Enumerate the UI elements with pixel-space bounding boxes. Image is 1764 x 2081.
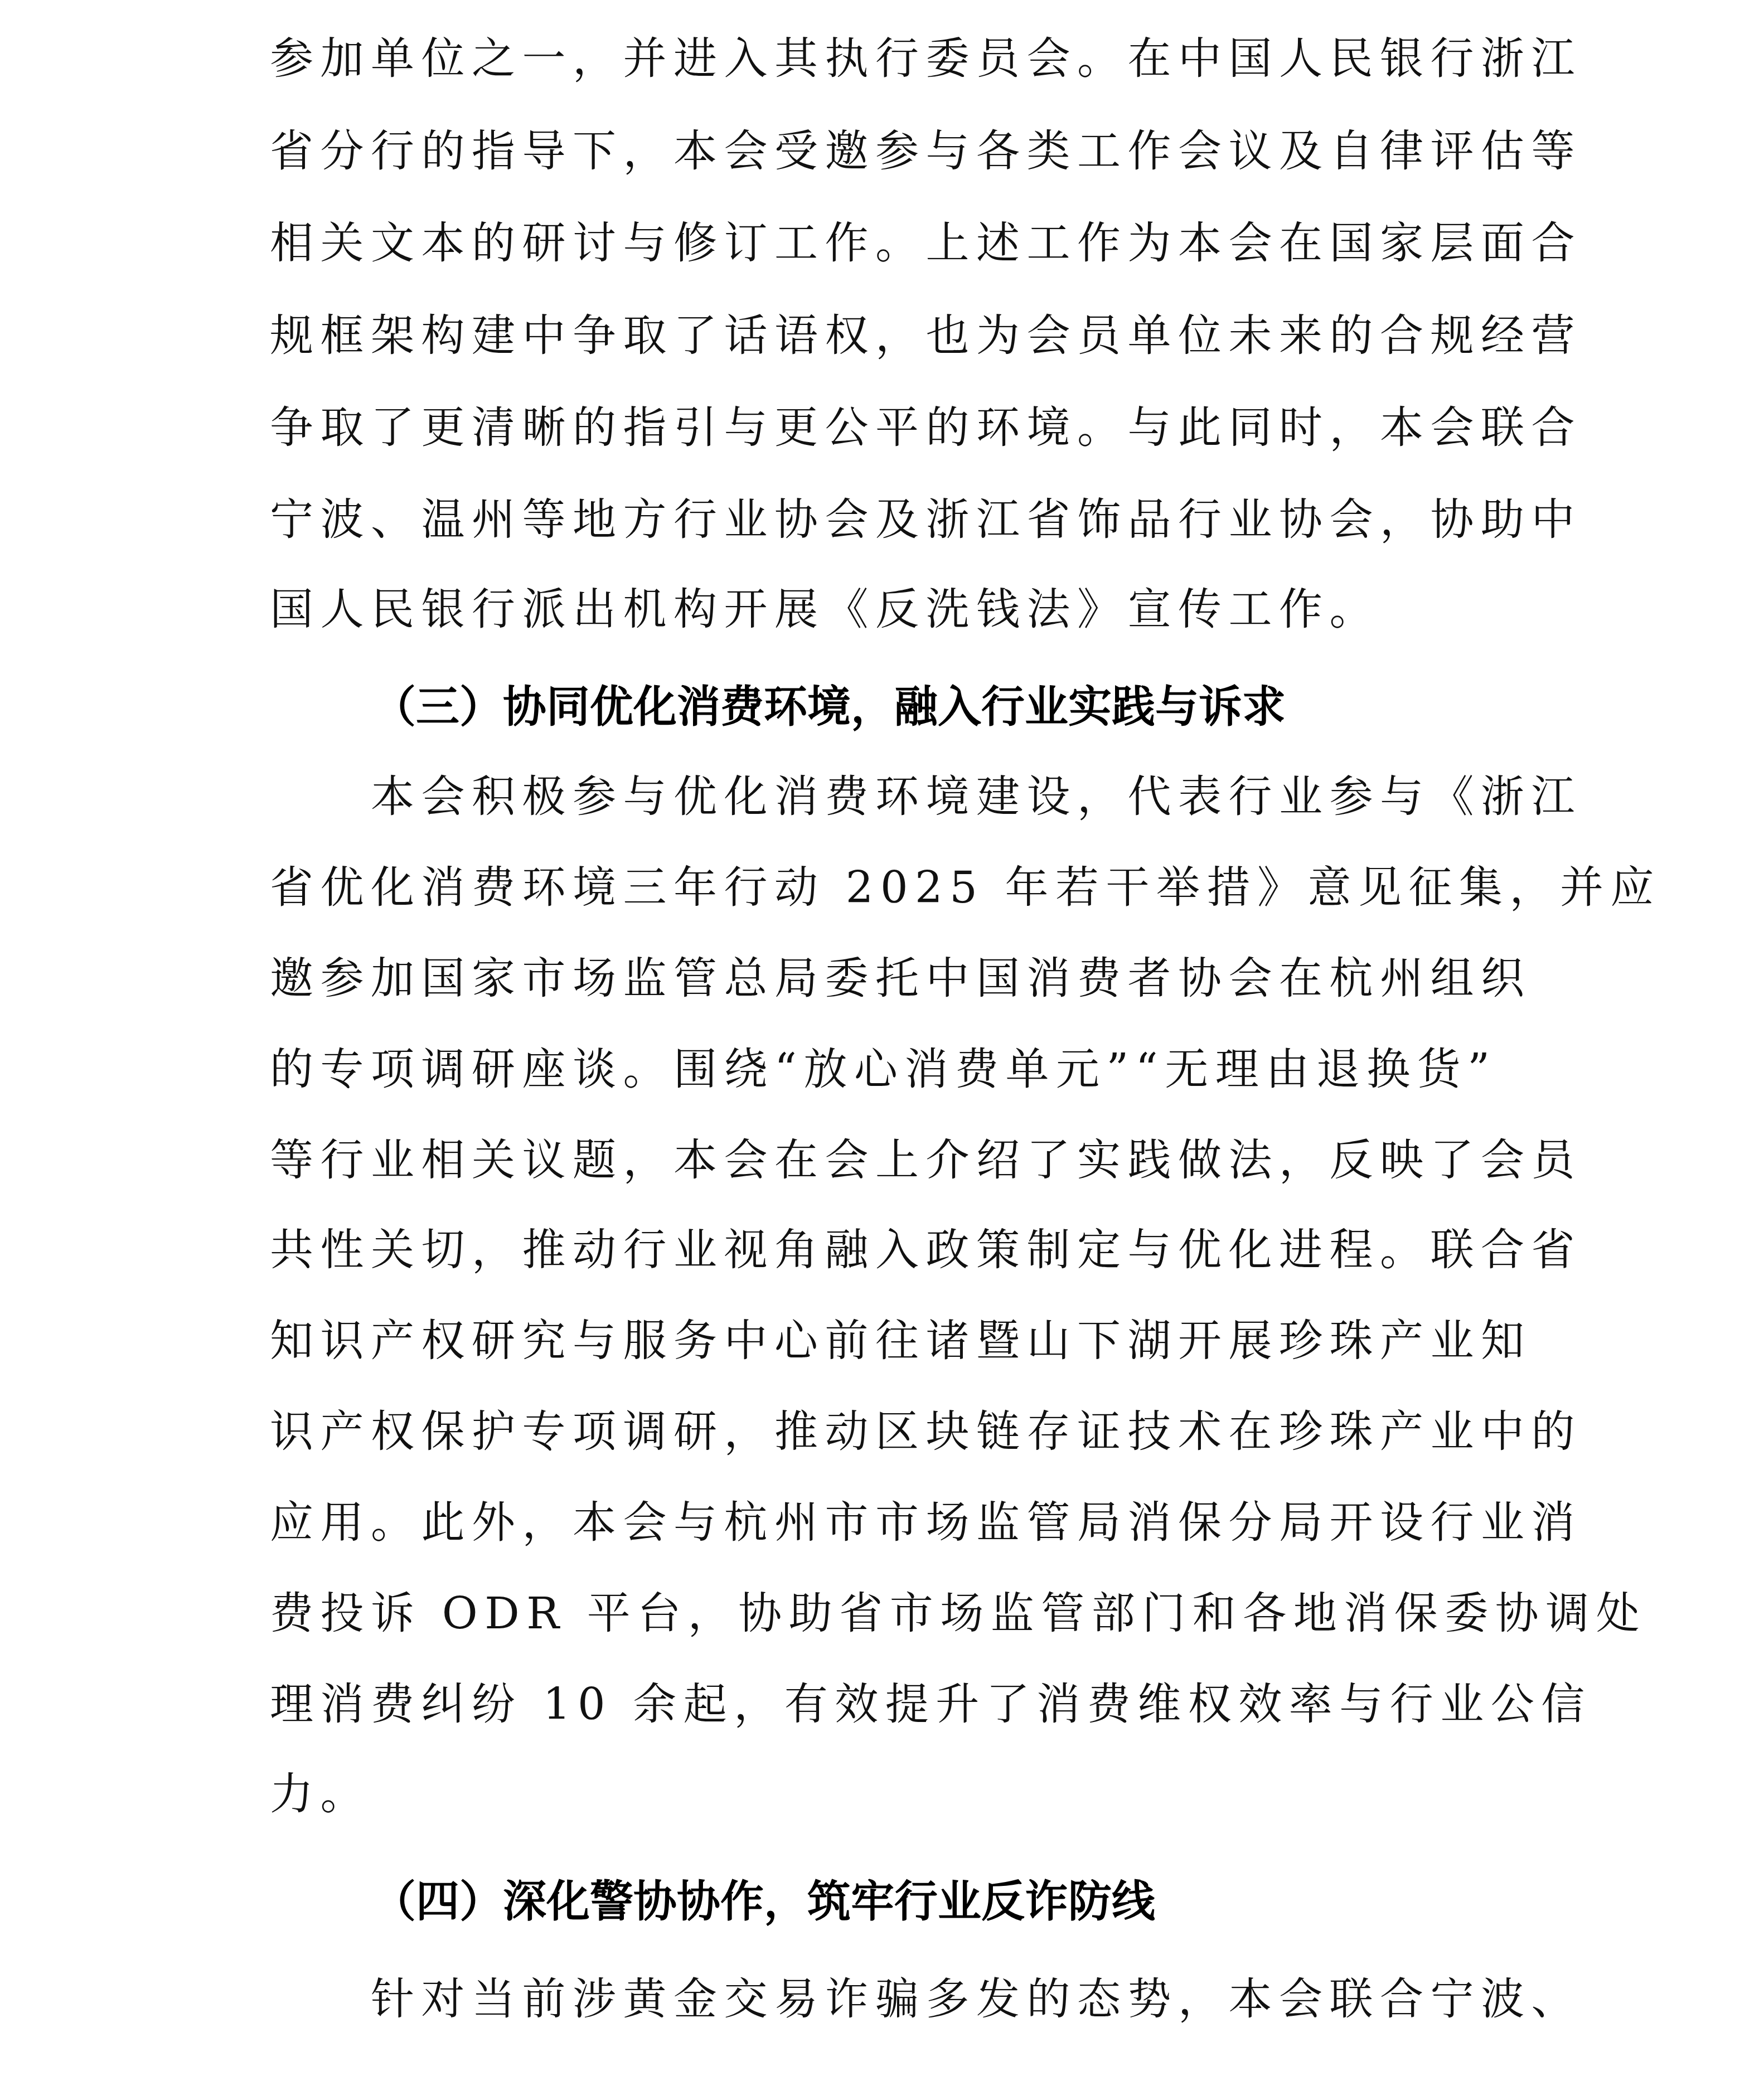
paragraph-line: 共性关切，推动行业视角融入政策制定与优化进程。联合省 — [270, 1205, 1491, 1296]
paragraph-line: 等行业相关议题，本会在会上介绍了实践做法，反映了会员 — [270, 1115, 1491, 1206]
document-page: 参加单位之一，并进入其执行委员会。在中国人民银行浙江 省分行的指导下，本会受邀参… — [0, 0, 1764, 2081]
paragraph-line: 邀参加国家市场监管总局委托中国消费者协会在杭州组织 — [270, 934, 1491, 1024]
paragraph-line: 规框架构建中争取了话语权，也为会员单位未来的合规经营 — [270, 291, 1491, 381]
paragraph-line: 的专项调研座谈。围绕“放心消费单元”“无理由退换货” — [270, 1025, 1491, 1115]
paragraph-line: 力。 — [270, 1749, 1491, 1840]
paragraph-line: 省分行的指导下，本会受邀参与各类工作会议及自律评估等 — [270, 106, 1491, 197]
paragraph-line: 参加单位之一，并进入其执行委员会。在中国人民银行浙江 — [270, 14, 1491, 104]
paragraph-line: 本会积极参与优化消费环境建设，代表行业参与《浙江 — [270, 752, 1491, 842]
section-heading-4: （四）深化警协协作，筑牢行业反诈防线 — [270, 1857, 1491, 1947]
paragraph-line: 理消费纠纷 10 余起，有效提升了消费维权效率与行业公信 — [270, 1660, 1491, 1750]
paragraph-line: 识产权保护专项调研，推动区块链存证技术在珍珠产业中的 — [270, 1387, 1491, 1477]
paragraph-line: 宁波、温州等地方行业协会及浙江省饰品行业协会，协助中 — [270, 475, 1491, 565]
section-heading-3: （三）协同优化消费环境，融入行业实践与诉求 — [270, 662, 1491, 753]
paragraph-line: 国人民银行派出机构开展《反洗钱法》宣传工作。 — [270, 565, 1491, 655]
paragraph-line: 费投诉 ODR 平台，协助省市场监管部门和各地消保委协调处 — [270, 1569, 1491, 1659]
paragraph-line: 省优化消费环境三年行动 2025 年若干举措》意见征集，并应 — [270, 843, 1491, 933]
paragraph-line: 知识产权研究与服务中心前往诸暨山下湖开展珍珠产业知 — [270, 1296, 1491, 1386]
paragraph-line: 争取了更清晰的指引与更公平的环境。与此同时，本会联合 — [270, 383, 1491, 473]
paragraph-line: 针对当前涉黄金交易诈骗多发的态势，本会联合宁波、 — [270, 1954, 1491, 2045]
paragraph-line: 应用。此外，本会与杭州市市场监管局消保分局开设行业消 — [270, 1478, 1491, 1568]
paragraph-line: 相关文本的研讨与修订工作。上述工作为本会在国家层面合 — [270, 198, 1491, 289]
